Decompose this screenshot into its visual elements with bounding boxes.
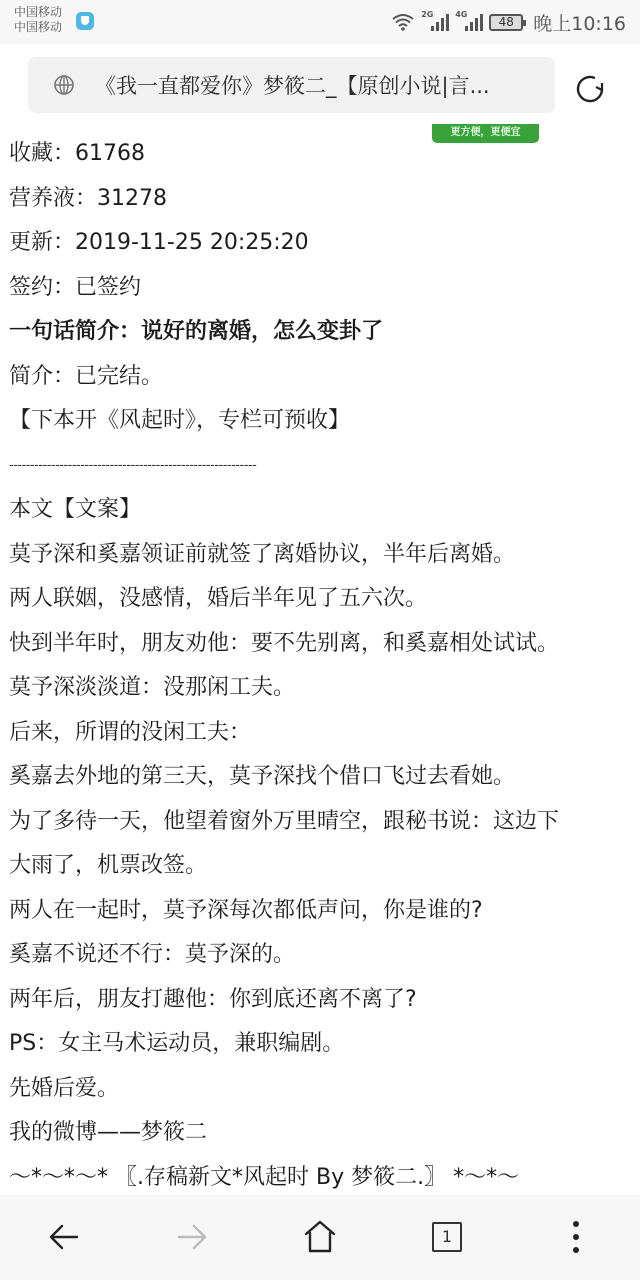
nutrient-count: 营养液：31278 <box>9 177 639 222</box>
status-indicators: 2G 4G 48 晚上10:16 <box>391 8 626 36</box>
novel-info-content: 收藏：61768 营养液：31278 更新：2019-11-25 20:25:2… <box>9 132 639 1200</box>
battery-icon: 48 <box>489 14 523 31</box>
synopsis-line: 奚嘉不说还不行：莫予深的。 <box>9 933 639 978</box>
synopsis-line: 莫予深淡淡道：没那闲工夫。 <box>9 666 639 711</box>
carrier-2: 中国移动 <box>14 20 62 35</box>
next-book-notice: 【下本开《风起时》，专栏可预收】 <box>9 399 639 444</box>
synopsis-line: 大雨了，机票改签。 <box>9 844 639 889</box>
synopsis-line: 快到半年时，朋友劝他：要不先别离，和奚嘉相处试试。 <box>9 622 639 667</box>
synopsis-line: 两年后，朋友打趣他：你到底还离不离了? <box>9 978 639 1023</box>
shield-app-icon <box>76 12 94 30</box>
clock: 晚上10:16 <box>533 9 626 36</box>
browser-toolbar: 《我一直都爱你》梦筱二_【原创小说|言... <box>0 44 640 128</box>
forward-button[interactable] <box>172 1217 212 1257</box>
wifi-icon <box>391 12 415 32</box>
synopsis-line: 为了多待一天，他望着窗外万里晴空，跟秘书说：这边下 <box>9 800 639 845</box>
synopsis-line: 两人联姻，没感情，婚后半年见了五六次。 <box>9 577 639 622</box>
favorites-count: 收藏：61768 <box>9 132 639 177</box>
carrier-info: 中国移动 中国移动 <box>14 5 62 35</box>
signal-2g-icon: 2G <box>421 13 449 31</box>
tab-count-icon: 1 <box>432 1222 462 1252</box>
more-vertical-icon <box>571 1219 581 1255</box>
menu-button[interactable] <box>556 1217 596 1257</box>
arrow-right-icon <box>175 1220 209 1254</box>
synopsis-line: PS：女主马术运动员，兼职编剧。 <box>9 1022 639 1067</box>
globe-icon <box>53 74 75 96</box>
divider: ----------------------------------------… <box>9 444 639 489</box>
synopsis-line: 奚嘉去外地的第三天，莫予深找个借口飞过去看她。 <box>9 755 639 800</box>
synopsis-heading: 本文【文案】 <box>9 488 639 533</box>
contract-status: 签约：已签约 <box>9 266 639 311</box>
page-title-url[interactable]: 《我一直都爱你》梦筱二_【原创小说|言... <box>95 70 535 100</box>
synopsis-line: 后来，所谓的没闲工夫： <box>9 711 639 756</box>
synopsis-line: 两人在一起时，莫予深每次都低声问，你是谁的? <box>9 889 639 934</box>
new-book-link[interactable]: ～*～*～* 〖.存稿新文*风起时 By 梦筱二.〗 *～*～ <box>9 1156 639 1201</box>
status-bar: 中国移动 中国移动 2G 4G 48 晚上10:16 <box>0 0 640 44</box>
home-button[interactable] <box>300 1217 340 1257</box>
synopsis-line: 先婚后爱。 <box>9 1067 639 1112</box>
synopsis-line: 莫予深和奚嘉领证前就签了离婚协议，半年后离婚。 <box>9 533 639 578</box>
tabs-button[interactable]: 1 <box>427 1217 467 1257</box>
signal-4g-icon: 4G <box>455 13 483 31</box>
carrier-1: 中国移动 <box>14 5 62 20</box>
one-line-summary: 一句话简介：说好的离婚，怎么变卦了 <box>9 310 639 355</box>
refresh-icon[interactable] <box>572 71 608 107</box>
arrow-left-icon <box>47 1220 81 1254</box>
address-bar[interactable]: 《我一直都爱你》梦筱二_【原创小说|言... <box>28 57 555 113</box>
weibo-link[interactable]: 我的微博——梦筱二 <box>9 1111 639 1156</box>
home-icon <box>302 1219 338 1255</box>
bottom-nav: 1 <box>0 1195 640 1280</box>
update-time: 更新：2019-11-25 20:25:20 <box>9 221 639 266</box>
summary-status: 简介：已完结。 <box>9 355 639 400</box>
back-button[interactable] <box>44 1217 84 1257</box>
